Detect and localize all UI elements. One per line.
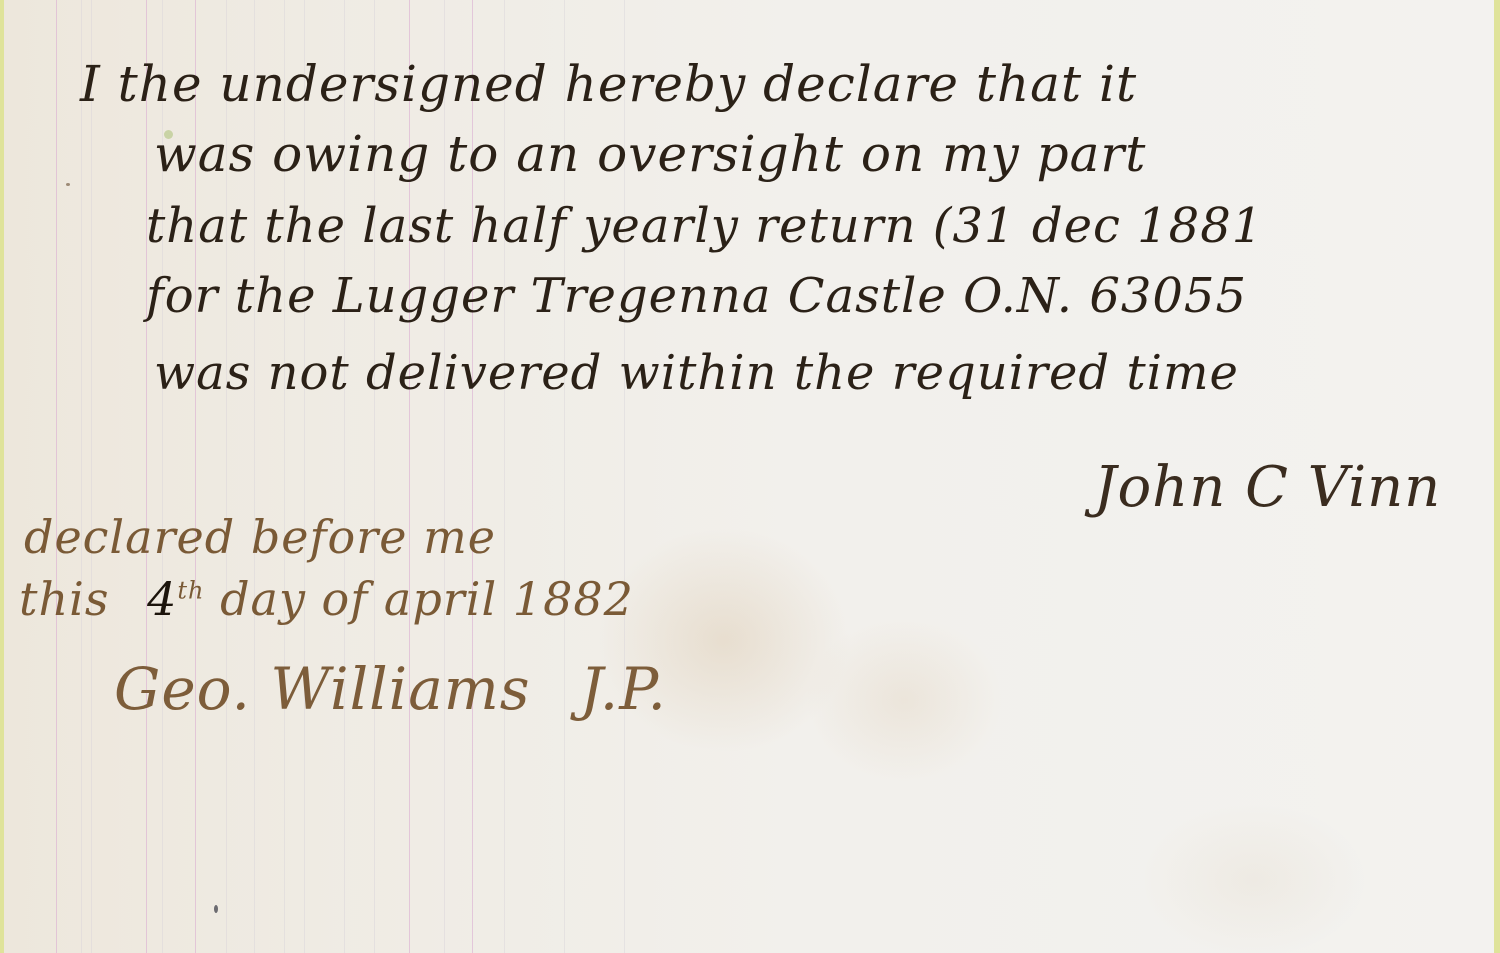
ruling-line <box>56 0 57 953</box>
declaration-line-5: was not delivered within the required ti… <box>154 345 1239 401</box>
scan-edge-right <box>1494 0 1500 953</box>
paper-speck <box>66 183 70 186</box>
attestation-line-1: declared before me <box>24 510 496 564</box>
jp-name: Geo. Williams <box>114 655 531 723</box>
declaration-line-4: for the Lugger Tregenna Castle O.N. 6305… <box>146 268 1247 324</box>
ruling-line <box>146 0 147 953</box>
declaration-line-2: was owing to an oversight on my part <box>154 125 1146 183</box>
attestation-day-suffix: th <box>177 577 204 605</box>
attestation-line-2: this 4th day of april 1882 <box>19 572 634 626</box>
document-page: I the undersigned hereby declare that it… <box>4 0 1494 953</box>
jp-signature: Geo. Williams J.P. <box>114 655 667 723</box>
declaration-line-3: that the last half yearly return (31 dec… <box>146 198 1263 254</box>
attestation-day: 4 <box>147 572 177 626</box>
declaration-line-1: I the undersigned hereby declare that it <box>80 55 1137 113</box>
declarant-signature: John C Vinn <box>1094 455 1441 520</box>
paper-speck <box>214 905 218 913</box>
ruling-line <box>91 0 92 953</box>
ruling-line <box>81 0 82 953</box>
attestation-prefix: this <box>19 572 109 626</box>
attestation-date: day of april 1882 <box>220 572 634 626</box>
jp-title: J.P. <box>580 655 667 723</box>
